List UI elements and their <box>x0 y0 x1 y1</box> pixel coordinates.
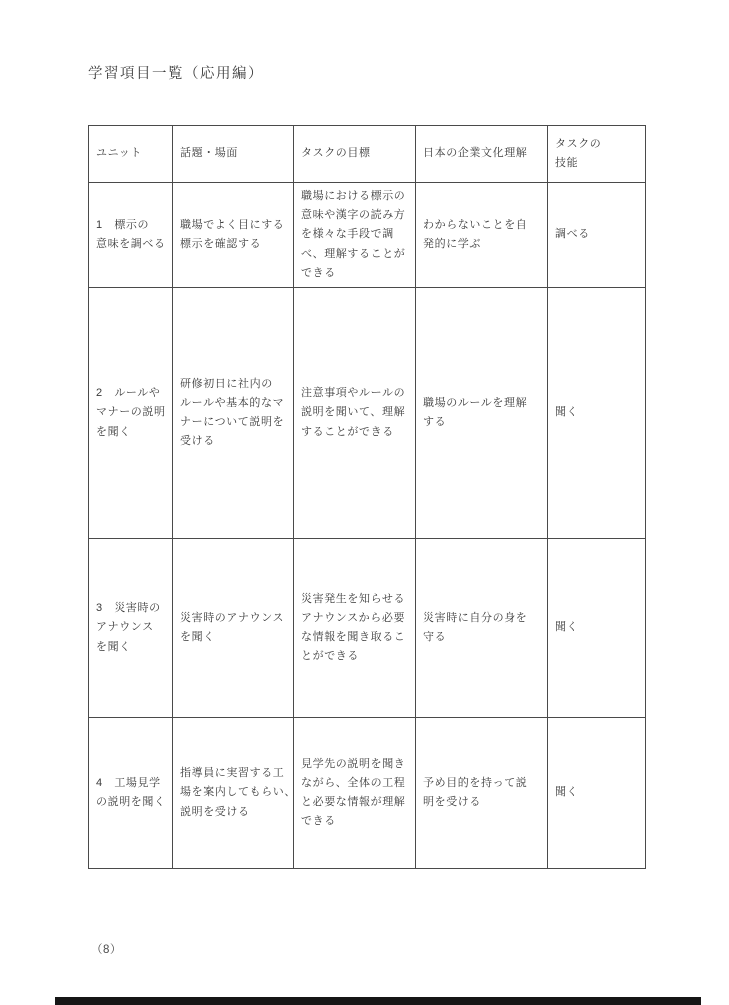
cell-topic: 職場でよく目にする 標示を確認する <box>173 183 294 288</box>
table-row: 3 災害時の アナウンス を聞く 災害時のアナウンス を聞く 災害発生を知らせる… <box>89 539 646 718</box>
scan-edge-artifact <box>55 997 701 1005</box>
cell-skill: 聞く <box>548 718 646 869</box>
header-cell-culture: 日本の企業文化理解 <box>416 126 548 183</box>
cell-culture: 予め目的を持って説 明を受ける <box>416 718 548 869</box>
cell-topic: 災害時のアナウンス を聞く <box>173 539 294 718</box>
cell-goal: 職場における標示の 意味や漢字の読み方 を様々な手段で調 べ、理解することが で… <box>294 183 416 288</box>
cell-unit: 2 ルールや マナーの説明 を聞く <box>89 288 173 539</box>
header-cell-goal: タスクの目標 <box>294 126 416 183</box>
cell-culture: 災害時に自分の身を 守る <box>416 539 548 718</box>
cell-goal: 見学先の説明を聞き ながら、全体の工程 と必要な情報が理解 できる <box>294 718 416 869</box>
table-row: 4 工場見学 の説明を聞く 指導員に実習する工 場を案内してもらい、 説明を受け… <box>89 718 646 869</box>
table-row: 1 標示の 意味を調べる 職場でよく目にする 標示を確認する 職場における標示の… <box>89 183 646 288</box>
cell-culture: 職場のルールを理解 する <box>416 288 548 539</box>
table-header-row: ユニット 話題・場面 タスクの目標 日本の企業文化理解 タスクの 技能 <box>89 126 646 183</box>
cell-culture: わからないことを自 発的に学ぶ <box>416 183 548 288</box>
table-row: 2 ルールや マナーの説明 を聞く 研修初日に社内の ルールや基本的なマ ナーに… <box>89 288 646 539</box>
cell-skill: 調べる <box>548 183 646 288</box>
cell-topic: 研修初日に社内の ルールや基本的なマ ナーについて説明を 受ける <box>173 288 294 539</box>
header-cell-topic: 話題・場面 <box>173 126 294 183</box>
cell-unit: 4 工場見学 の説明を聞く <box>89 718 173 869</box>
page-number: （8） <box>91 941 122 957</box>
cell-goal: 注意事項やルールの 説明を聞いて、理解 することができる <box>294 288 416 539</box>
document-page: 学習項目一覧（応用編） ユニット 話題・場面 タスクの目標 日本の企業文化理解 … <box>0 0 729 1005</box>
cell-unit: 3 災害時の アナウンス を聞く <box>89 539 173 718</box>
header-cell-skill: タスクの 技能 <box>548 126 646 183</box>
cell-topic: 指導員に実習する工 場を案内してもらい、 説明を受ける <box>173 718 294 869</box>
cell-skill: 聞く <box>548 539 646 718</box>
header-cell-unit: ユニット <box>89 126 173 183</box>
cell-unit: 1 標示の 意味を調べる <box>89 183 173 288</box>
cell-goal: 災害発生を知らせる アナウンスから必要 な情報を聞き取るこ とができる <box>294 539 416 718</box>
cell-skill: 聞く <box>548 288 646 539</box>
page-title: 学習項目一覧（応用編） <box>88 62 264 83</box>
learning-items-table: ユニット 話題・場面 タスクの目標 日本の企業文化理解 タスクの 技能 1 標示… <box>88 125 646 869</box>
